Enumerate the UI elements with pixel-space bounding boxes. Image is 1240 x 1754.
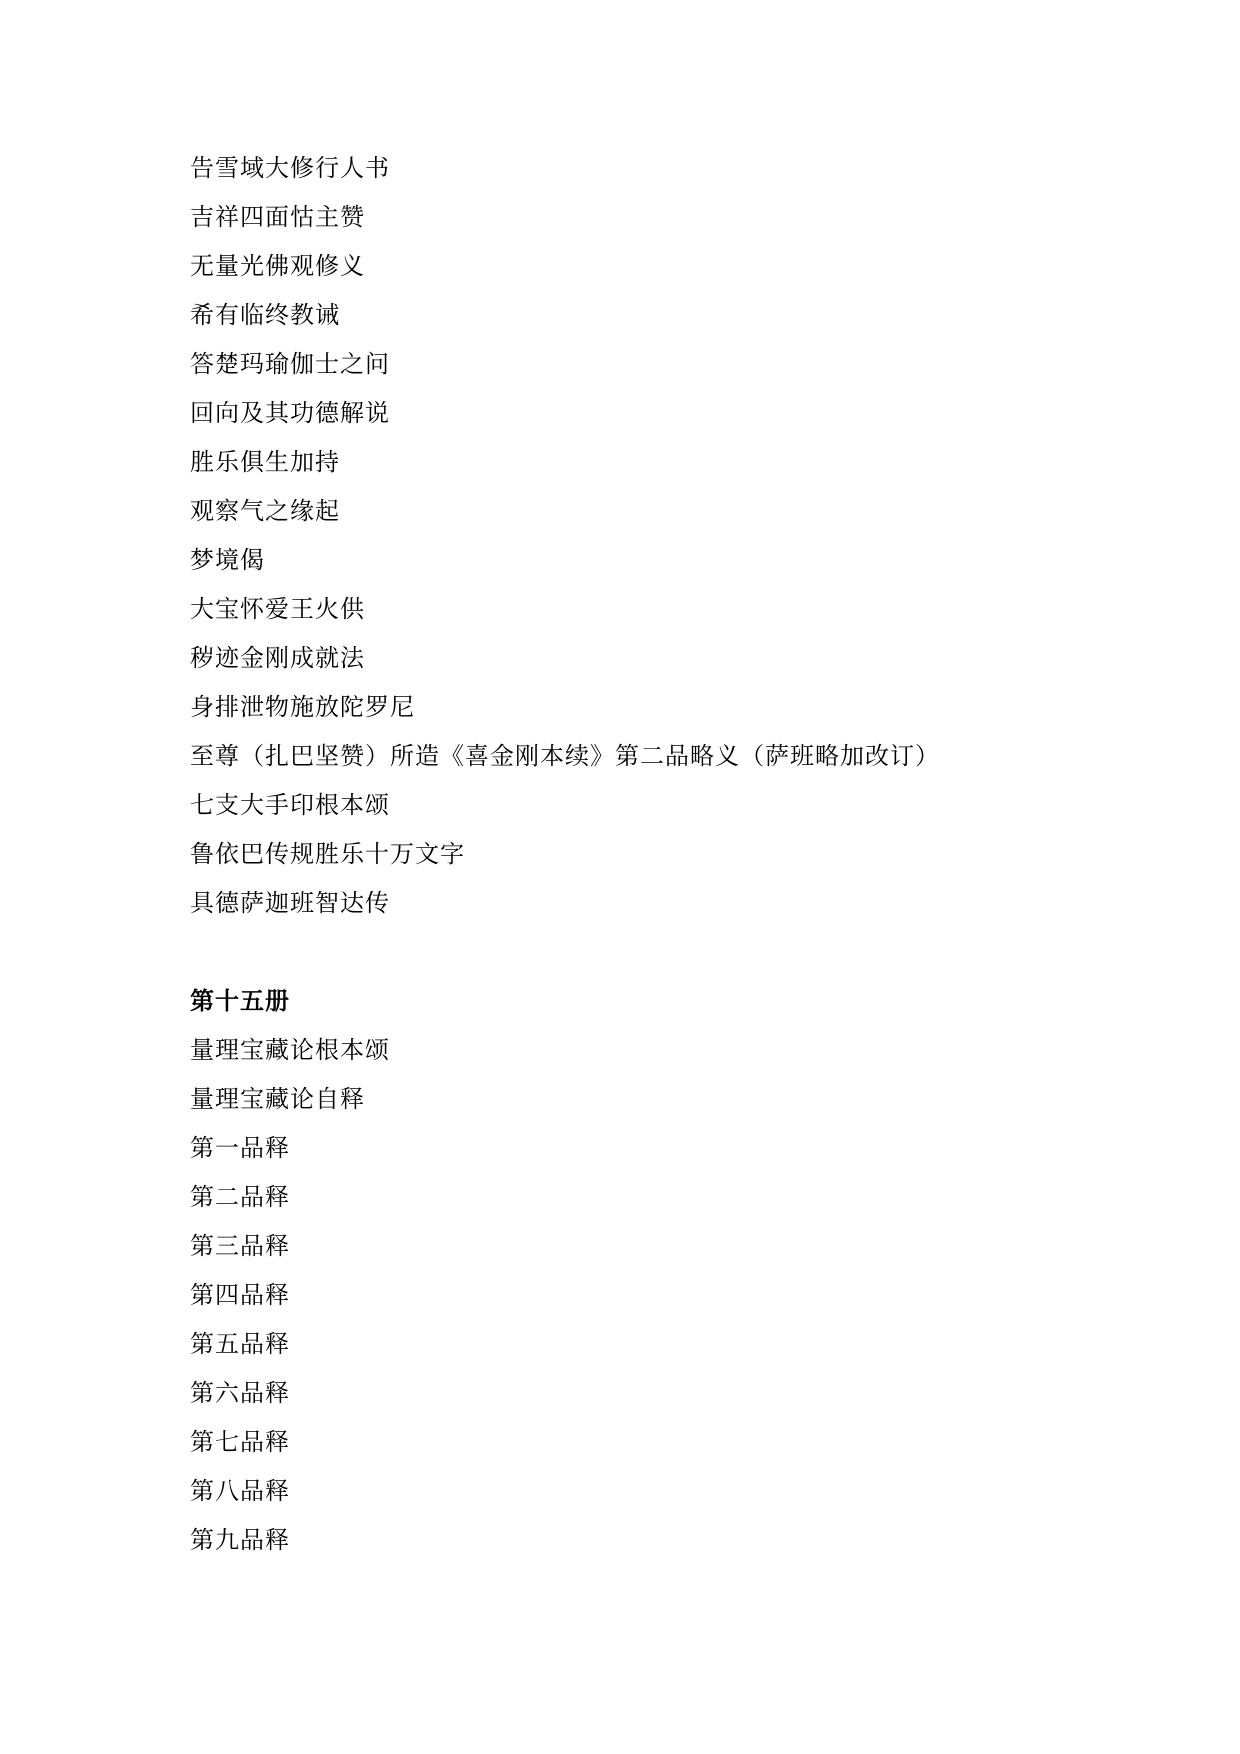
- toc-entry: 梦境偈: [190, 537, 1120, 586]
- toc-entry: 回向及其功德解说: [190, 390, 1120, 439]
- toc-entry: 大宝怀爱王火供: [190, 586, 1120, 635]
- toc-entry: 七支大手印根本颂: [190, 782, 1120, 831]
- toc-entry: 答楚玛瑜伽士之问: [190, 341, 1120, 390]
- toc-entry: 第三品释: [190, 1223, 1120, 1272]
- volume-heading: 第十五册: [190, 978, 1120, 1027]
- toc-entry: 告雪域大修行人书: [190, 145, 1120, 194]
- toc-entry: 吉祥四面怙主赞: [190, 194, 1120, 243]
- document-page: 告雪域大修行人书 吉祥四面怙主赞 无量光佛观修义 希有临终教诫 答楚玛瑜伽士之问…: [0, 0, 1240, 1754]
- toc-entry: 希有临终教诫: [190, 292, 1120, 341]
- toc-entry: 第二品释: [190, 1174, 1120, 1223]
- toc-entry: 第九品释: [190, 1517, 1120, 1566]
- toc-entry: 第五品释: [190, 1321, 1120, 1370]
- toc-entry: 量理宝藏论自释: [190, 1076, 1120, 1125]
- toc-entry: 至尊（扎巴坚赞）所造《喜金刚本续》第二品略义（萨班略加改订）: [190, 733, 1120, 782]
- toc-entry: 身排泄物施放陀罗尼: [190, 684, 1120, 733]
- toc-entry: 鲁依巴传规胜乐十万文字: [190, 831, 1120, 880]
- toc-entry: 观察气之缘起: [190, 488, 1120, 537]
- toc-entry: 秽迹金刚成就法: [190, 635, 1120, 684]
- toc-entry: 具德萨迦班智达传: [190, 880, 1120, 929]
- toc-entry: 第七品释: [190, 1419, 1120, 1468]
- toc-entry: 第八品释: [190, 1468, 1120, 1517]
- toc-entry: 胜乐俱生加持: [190, 439, 1120, 488]
- toc-entry: 量理宝藏论根本颂: [190, 1027, 1120, 1076]
- toc-entry: 第四品释: [190, 1272, 1120, 1321]
- toc-entry: 无量光佛观修义: [190, 243, 1120, 292]
- toc-entry: 第六品释: [190, 1370, 1120, 1419]
- toc-section-1: 告雪域大修行人书 吉祥四面怙主赞 无量光佛观修义 希有临终教诫 答楚玛瑜伽士之问…: [190, 145, 1120, 929]
- toc-section-2: 第十五册 量理宝藏论根本颂 量理宝藏论自释 第一品释 第二品释 第三品释 第四品…: [190, 978, 1120, 1566]
- toc-entry: 第一品释: [190, 1125, 1120, 1174]
